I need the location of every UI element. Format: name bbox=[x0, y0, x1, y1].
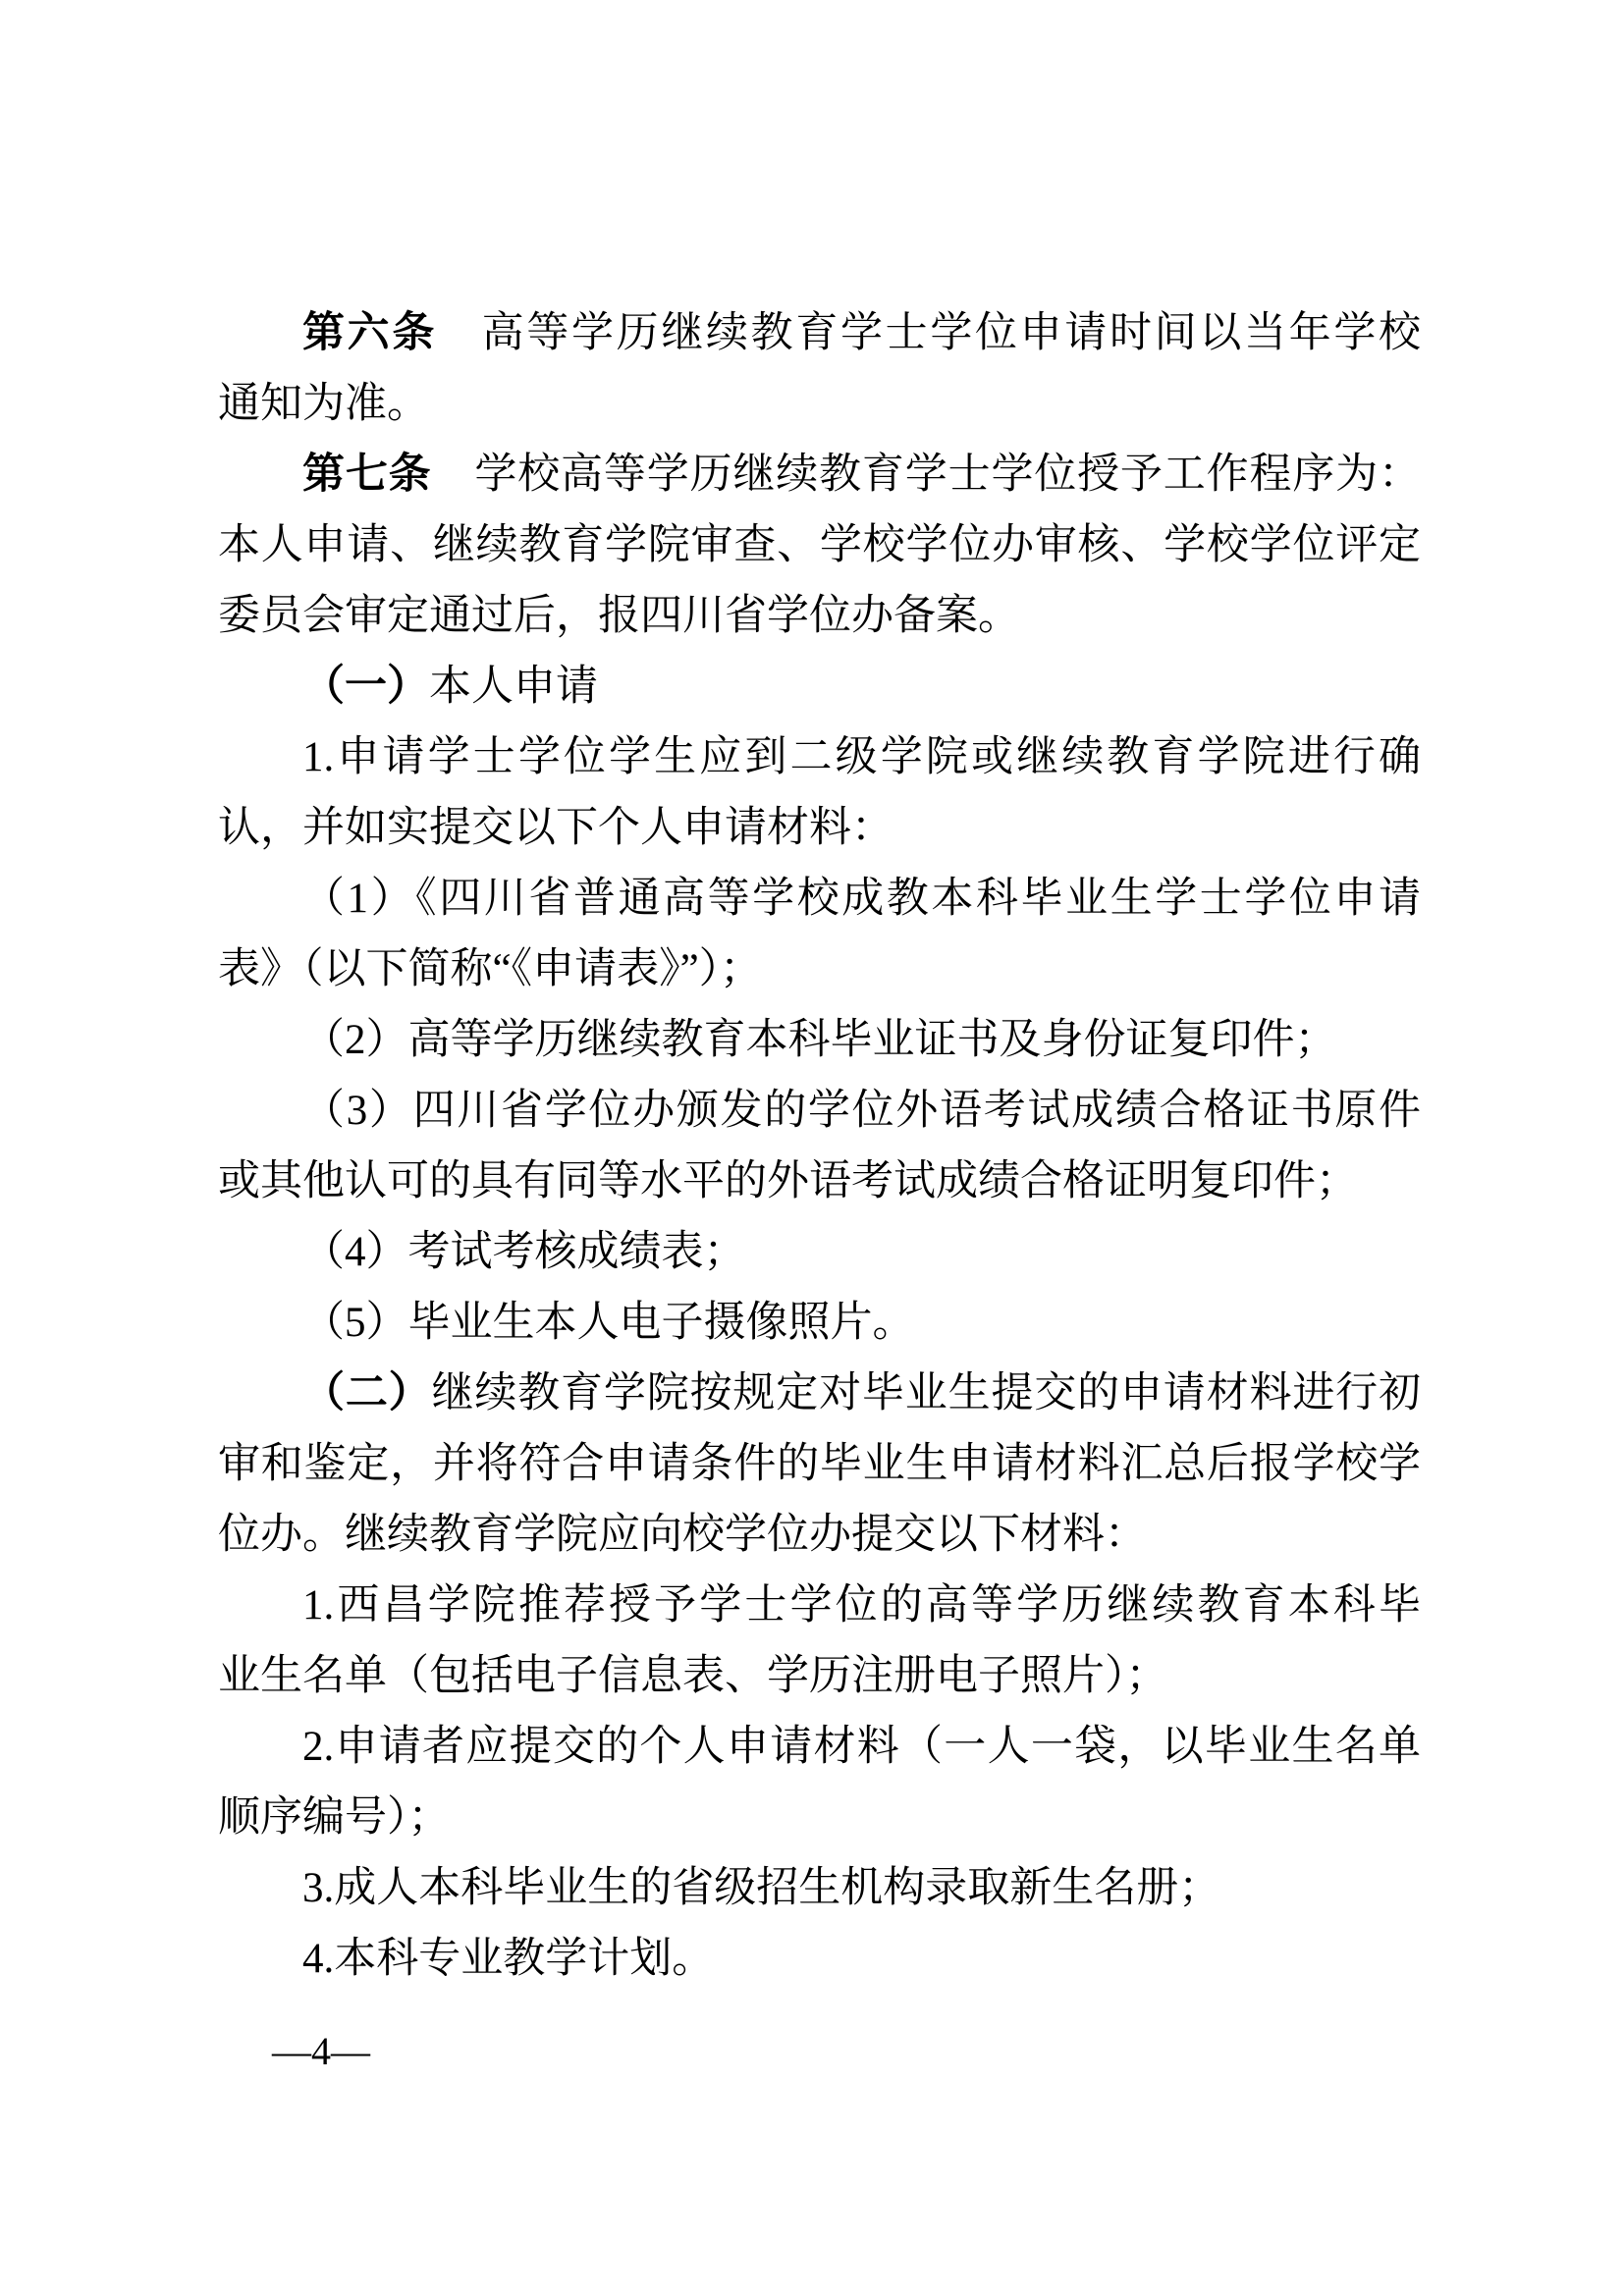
text-segment: （5）毕业生本人电子摄像照片。 bbox=[302, 1300, 915, 1346]
text-line: 认，并如实提交以下个人申请材料： bbox=[218, 793, 1421, 864]
text-line: 或其他认可的具有同等水平的外语考试成绩合格证明复印件； bbox=[218, 1147, 1421, 1217]
text-line: 表》（以下简称“《申请表》”）； bbox=[218, 934, 1421, 1005]
text-segment: 业生名单（包括电子信息表、学历注册电子照片）； bbox=[218, 1653, 1168, 1699]
heading-segment: （一） bbox=[302, 664, 429, 710]
text-line: 审和鉴定，并将符合申请条件的毕业生申请材料汇总后报学校学 bbox=[218, 1429, 1421, 1500]
text-line: （二）继续教育学院按规定对毕业生提交的申请材料进行初 bbox=[218, 1359, 1421, 1429]
text-segment: 学校高等学历继续教育学士学位授予工作程序为： bbox=[432, 452, 1421, 498]
text-segment: 位办。继续教育学院应向校学位办提交以下材料： bbox=[218, 1512, 1147, 1558]
text-segment: 认，并如实提交以下个人申请材料： bbox=[218, 805, 893, 851]
text-line: （4）考试考核成绩表； bbox=[218, 1217, 1421, 1288]
text-line: 通知为准。 bbox=[218, 369, 1421, 440]
text-line: 顺序编号）； bbox=[218, 1783, 1421, 1853]
text-line: 位办。继续教育学院应向校学位办提交以下材料： bbox=[218, 1500, 1421, 1571]
heading-segment: （二） bbox=[302, 1370, 432, 1416]
text-segment: 委员会审定通过后，报四川省学位办备案。 bbox=[218, 593, 1020, 639]
text-segment: 通知为准。 bbox=[218, 381, 429, 427]
text-line: 2.申请者应提交的个人申请材料（一人一袋，以毕业生名单 bbox=[218, 1712, 1421, 1783]
text-segment: 本人申请 bbox=[429, 664, 598, 710]
heading-segment: 第七条 bbox=[302, 452, 432, 498]
text-segment: 1.申请学士学位学生应到二级学院或继续教育学院进行确 bbox=[302, 734, 1421, 780]
text-segment: 或其他认可的具有同等水平的外语考试成绩合格证明复印件； bbox=[218, 1158, 1358, 1204]
text-line: 3.成人本科毕业生的省级招生机构录取新生名册； bbox=[218, 1853, 1421, 1924]
heading-segment: 第六条 bbox=[302, 310, 437, 356]
text-segment: 3.成人本科毕业生的省级招生机构录取新生名册； bbox=[302, 1865, 1220, 1911]
text-segment: 表》（以下简称“《申请表》”）； bbox=[218, 946, 762, 992]
text-line: 第七条 学校高等学历继续教育学士学位授予工作程序为： bbox=[218, 440, 1421, 510]
text-line: 本人申请、继续教育学院审查、学校学位办审核、学校学位评定 bbox=[218, 510, 1421, 581]
text-line: （2）高等学历继续教育本科毕业证书及身份证复印件； bbox=[218, 1005, 1421, 1076]
text-line: 业生名单（包括电子信息表、学历注册电子照片）； bbox=[218, 1641, 1421, 1712]
text-segment: 高等学历继续教育学士学位申请时间以当年学校 bbox=[437, 310, 1421, 356]
document-page: 第六条 高等学历继续教育学士学位申请时间以当年学校通知为准。第七条 学校高等学历… bbox=[0, 0, 1624, 2296]
text-segment: （1）《四川省普通高等学校成教本科毕业生学士学位申请 bbox=[302, 876, 1421, 922]
text-line: （5）毕业生本人电子摄像照片。 bbox=[218, 1288, 1421, 1359]
text-segment: 1.西昌学院推荐授予学士学位的高等学历继续教育本科毕 bbox=[302, 1582, 1421, 1629]
document-body: 第六条 高等学历继续教育学士学位申请时间以当年学校通知为准。第七条 学校高等学历… bbox=[218, 298, 1421, 1995]
text-line: （一）本人申请 bbox=[218, 652, 1421, 722]
text-line: （1）《四川省普通高等学校成教本科毕业生学士学位申请 bbox=[218, 864, 1421, 934]
text-line: 委员会审定通过后，报四川省学位办备案。 bbox=[218, 581, 1421, 652]
text-line: 1.西昌学院推荐授予学士学位的高等学历继续教育本科毕 bbox=[218, 1571, 1421, 1641]
text-segment: 2.申请者应提交的个人申请材料（一人一袋，以毕业生名单 bbox=[302, 1724, 1421, 1770]
text-line: 第六条 高等学历继续教育学士学位申请时间以当年学校 bbox=[218, 298, 1421, 369]
text-line: 1.申请学士学位学生应到二级学院或继续教育学院进行确 bbox=[218, 722, 1421, 793]
text-segment: 顺序编号）； bbox=[218, 1794, 451, 1841]
text-segment: 4.本科专业教学计划。 bbox=[302, 1936, 714, 1982]
text-segment: 继续教育学院按规定对毕业生提交的申请材料进行初 bbox=[432, 1370, 1421, 1416]
text-line: （3）四川省学位办颁发的学位外语考试成绩合格证书原件 bbox=[218, 1076, 1421, 1147]
text-line: 4.本科专业教学计划。 bbox=[218, 1924, 1421, 1995]
text-segment: （4）考试考核成绩表； bbox=[302, 1229, 746, 1275]
page-number: —4— bbox=[272, 2030, 370, 2073]
text-segment: 审和鉴定，并将符合申请条件的毕业生申请材料汇总后报学校学 bbox=[218, 1441, 1421, 1487]
text-segment: （2）高等学历继续教育本科毕业证书及身份证复印件； bbox=[302, 1017, 1337, 1063]
text-segment: 本人申请、继续教育学院审查、学校学位办审核、学校学位评定 bbox=[218, 522, 1421, 568]
text-segment: （3）四川省学位办颁发的学位外语考试成绩合格证书原件 bbox=[302, 1088, 1421, 1134]
